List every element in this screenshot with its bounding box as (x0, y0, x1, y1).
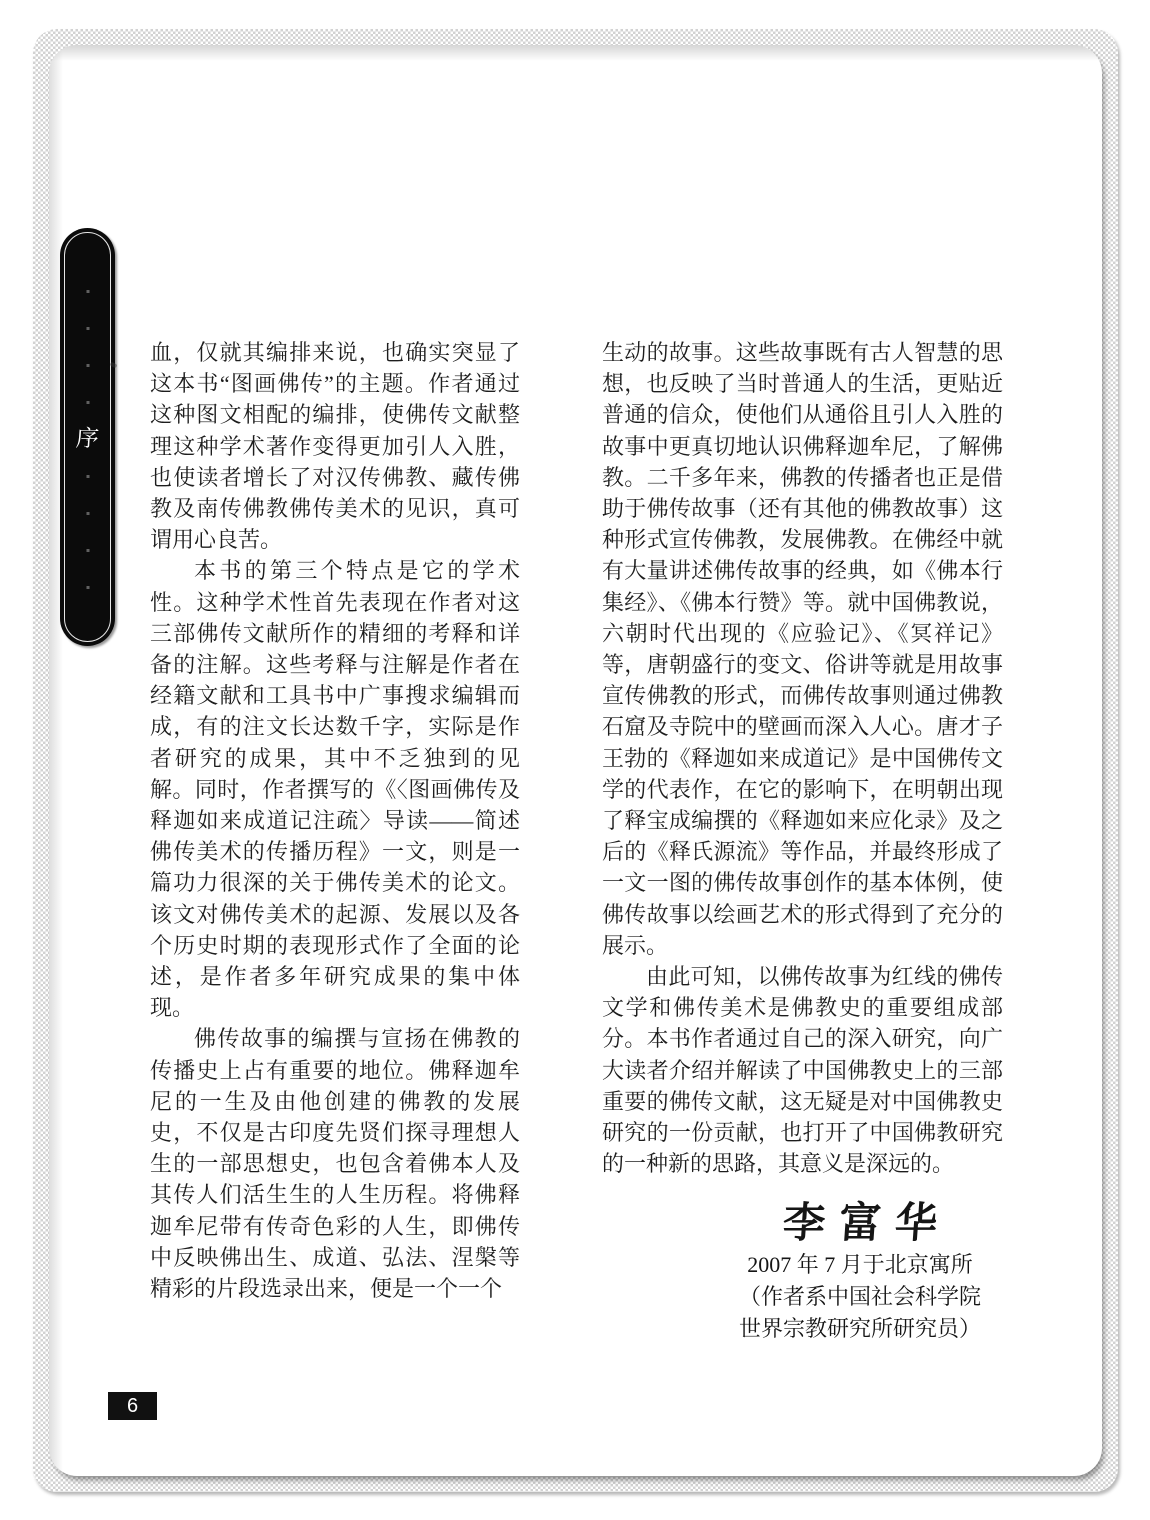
paragraph: 本书的第三个特点是它的学术性。这种学术性首先表现在作者对这三部佛传文献所作的精细… (150, 555, 520, 1023)
page-number-badge: 6 (108, 1392, 157, 1420)
left-text-column: 血，仅就其编排来说，也确实突显了这本书“图画佛传”的主题。作者通过这种图文相配的… (150, 337, 520, 1304)
signature-affiliation-line1: （作者系中国社会科学院 (720, 1281, 1000, 1313)
author-signature: 李富华 (719, 1209, 1001, 1240)
paragraph: 由此可知，以佛传故事为红线的佛传文学和佛传美术是佛教史的重要组成部分。本书作者通… (602, 961, 1003, 1179)
chapter-seal: 序 (60, 228, 115, 646)
signature-block: 李富华 2007 年 7 月于北京寓所 （作者系中国社会科学院 世界宗教研究所研… (720, 1209, 1000, 1344)
paragraph: 生动的故事。这些故事既有古人智慧的思想，也反映了当时普通人的生活，更贴近普通的信… (602, 337, 1003, 961)
scanned-book-page: { "page": { "seal_label": "序", "page_num… (0, 0, 1150, 1520)
paragraph: 佛传故事的编撰与宣扬在佛教的传播史上占有重要的地位。佛释迦牟尼的一生及由他创建的… (150, 1023, 520, 1304)
right-text-column: 生动的故事。这些故事既有古人智慧的思想，也反映了当时普通人的生活，更贴近普通的信… (602, 337, 1003, 1345)
right-column-paragraphs: 生动的故事。这些故事既有古人智慧的思想，也反映了当时普通人的生活，更贴近普通的信… (602, 337, 1003, 1179)
signature-affiliation-line2: 世界宗教研究所研究员） (720, 1313, 1000, 1345)
signature-date: 2007 年 7 月于北京寓所 (720, 1249, 1000, 1281)
paragraph: 血，仅就其编排来说，也确实突显了这本书“图画佛传”的主题。作者通过这种图文相配的… (150, 337, 520, 555)
chapter-seal-label: 序 (59, 420, 116, 453)
